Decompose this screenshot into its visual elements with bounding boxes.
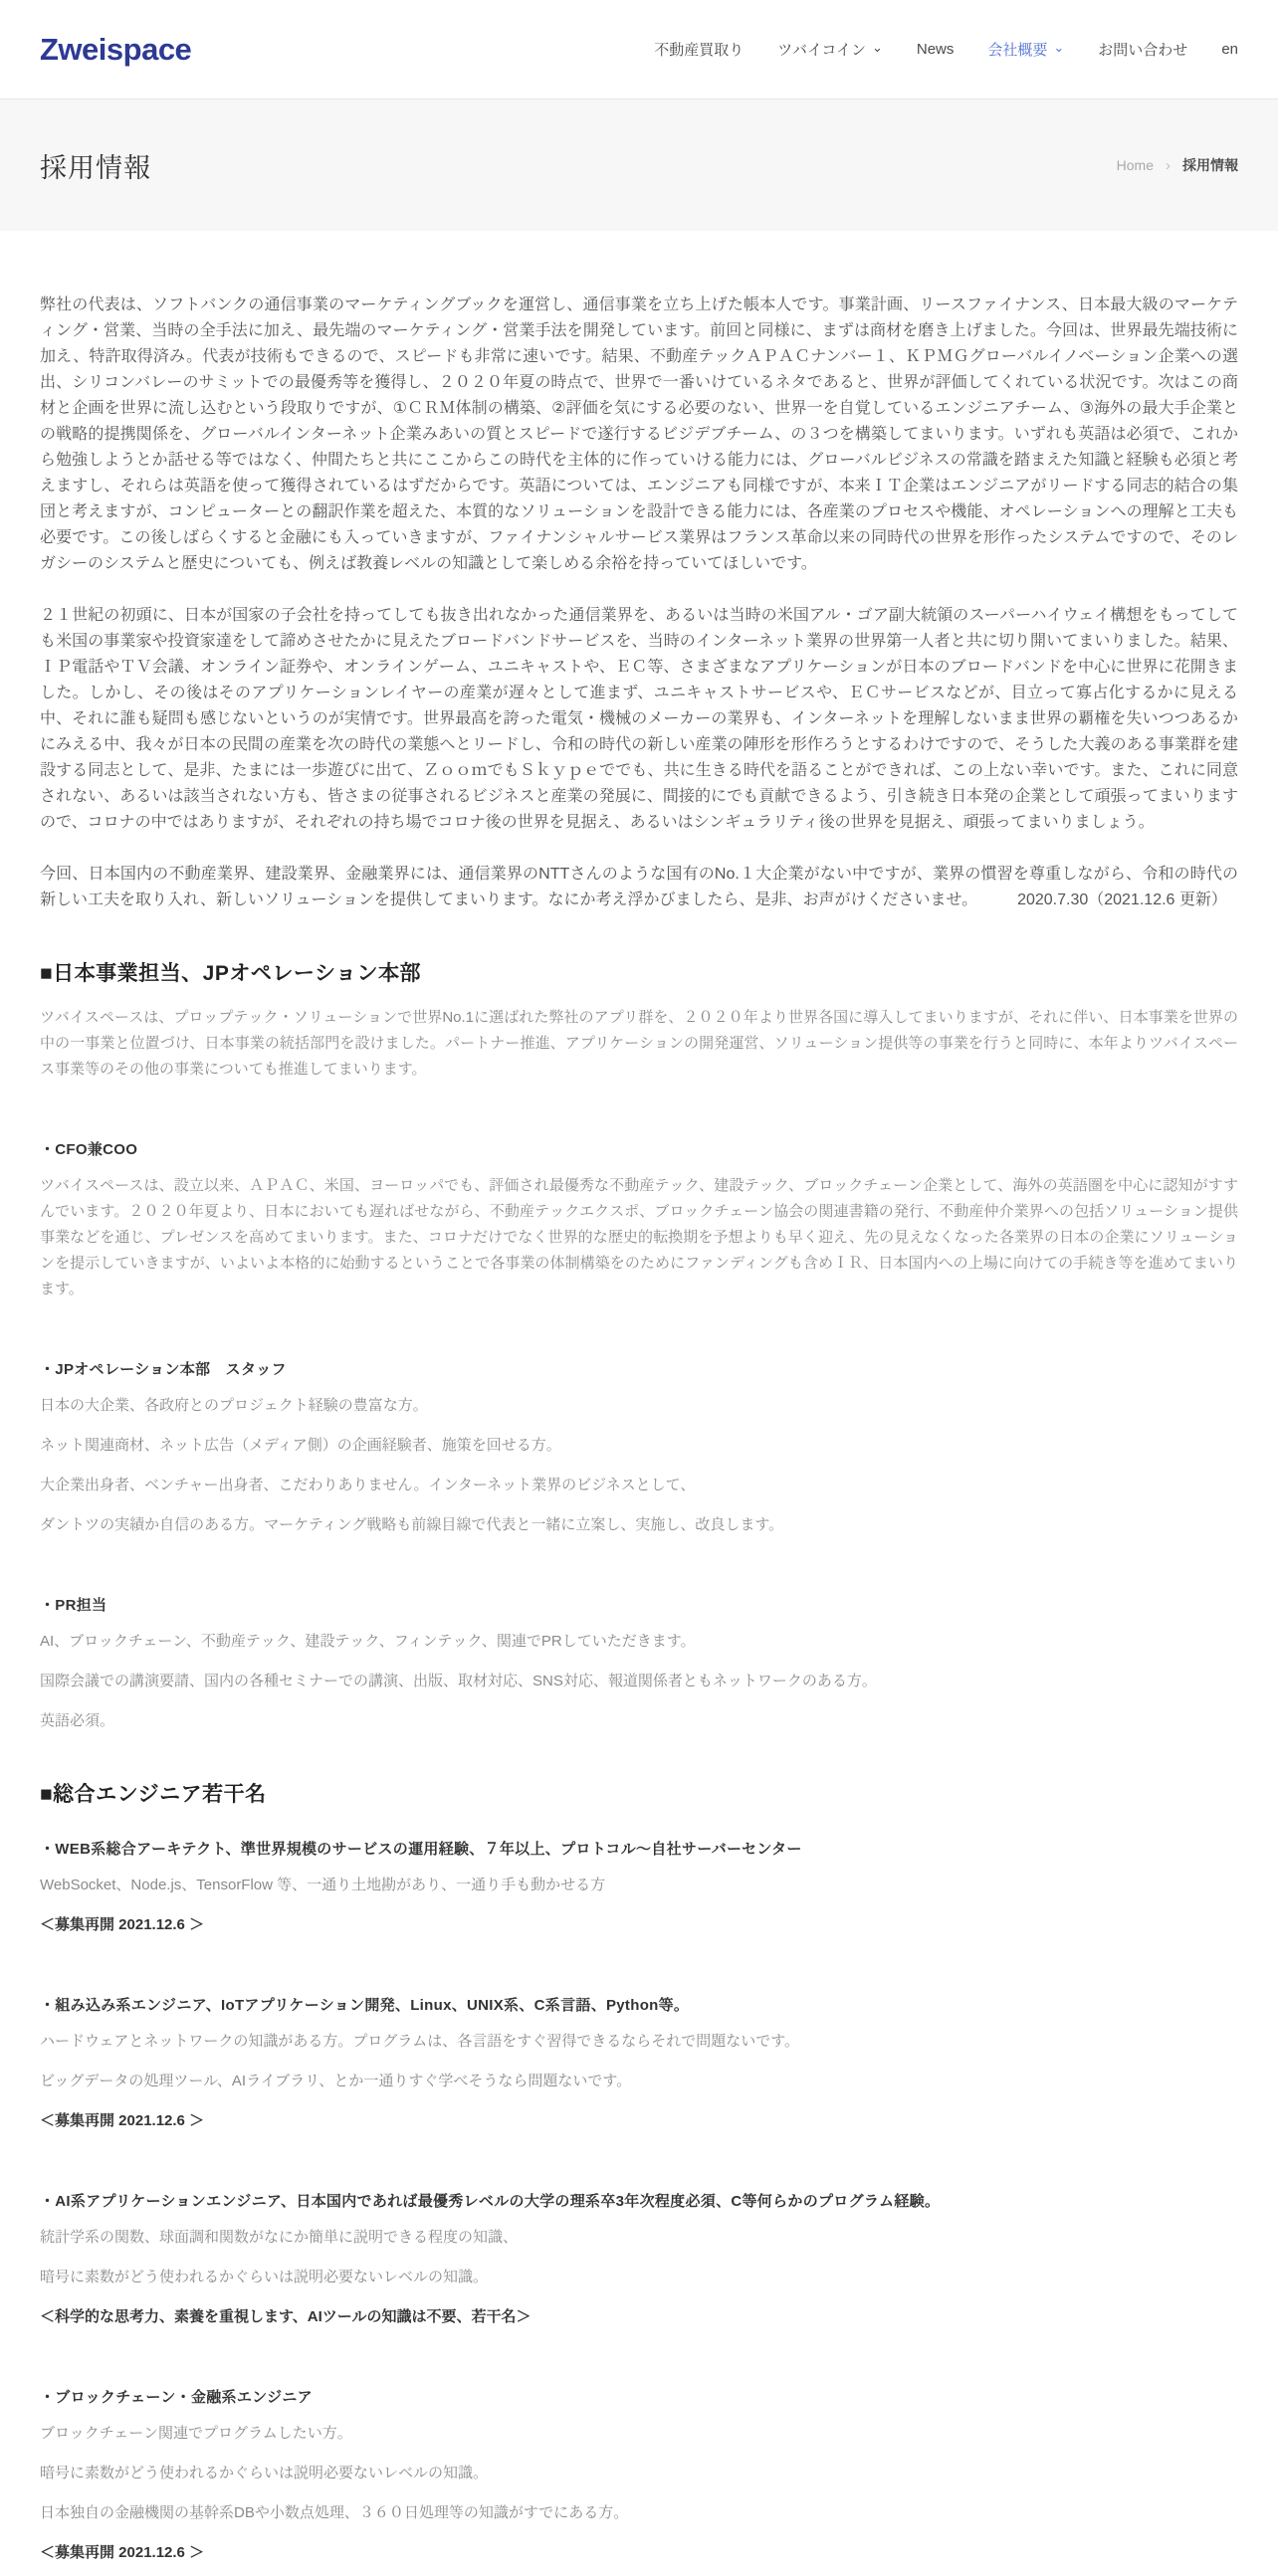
job-requirement-line: ビッグデータの処理ツール、AIライブラリ、とか一通りすぐ学べそうなら問題ないです… bbox=[40, 2069, 1238, 2094]
nav-item-real-estate-purchase[interactable]: 不動産買取り bbox=[654, 39, 744, 60]
breadcrumb-current: 採用情報 bbox=[1182, 155, 1238, 175]
main-content: 弊社の代表は、ソフトバンクの通信事業のマーケティングブックを運営し、通信事業を立… bbox=[40, 231, 1238, 2576]
recruiting-reopen-note: ＜募集再開 2021.12.6 ＞ bbox=[40, 1912, 1238, 1938]
nav-item-zweicoin[interactable]: ツバイコイン⌄ bbox=[777, 39, 883, 60]
job-requirement-line: WebSocket、Node.js、TensorFlow 等、一通り土地勘があり… bbox=[40, 1873, 1238, 1898]
job-title-web-architect: ・WEB系総合アーキテクト、準世界規模のサービスの運用経験、７年以上、プロトコル… bbox=[40, 1838, 1238, 1859]
site-header: Zweispace 不動産買取り ツバイコイン⌄ News 会社概要⌄ お問い合… bbox=[0, 0, 1278, 99]
breadcrumb-separator-icon: › bbox=[1166, 157, 1171, 174]
nav-item-company-overview[interactable]: 会社概要⌄ bbox=[987, 39, 1064, 60]
job-title-ai-engineer: ・AI系アプリケーションエンジニア、日本国内であれば最優秀レベルの大学の理系卒3… bbox=[40, 2190, 1238, 2211]
job-requirement-line: ダントツの実績か自信のある方。マーケティング戦略も前線目線で代表と一緒に立案し、… bbox=[40, 1512, 1238, 1538]
job-title-jp-operations-staff: ・JPオペレーション本部 スタッフ bbox=[40, 1358, 1238, 1379]
breadcrumb-home-link[interactable]: Home bbox=[1117, 157, 1154, 173]
job-requirement-line: AI、ブロックチェーン、不動産テック、建設テック、フィンテック、関連でPRしてい… bbox=[40, 1629, 1238, 1655]
page-title: 採用情報 bbox=[40, 146, 151, 185]
job-title-embedded-engineer: ・組み込み系エンジニア、IoTアプリケーション開発、Linux、UNIX系、C系… bbox=[40, 1994, 1238, 2015]
job-requirement-line: ブロックチェーン関連でプログラムしたい方。 bbox=[40, 2421, 1238, 2447]
intro-paragraph-2: ２１世紀の初頭に、日本が国家の子会社を持ってしても抜き出れなかった通信業界を、あ… bbox=[40, 603, 1238, 836]
breadcrumb: Home › 採用情報 bbox=[1117, 155, 1238, 175]
job-title-pr: ・PR担当 bbox=[40, 1594, 1238, 1615]
job-requirement-line: 大企業出身者、ベンチャー出身者、こだわりありません。インターネット業界のビジネス… bbox=[40, 1473, 1238, 1498]
section-engineers: ■総合エンジニア若干名 ・WEB系総合アーキテクト、準世界規模のサービスの運用経… bbox=[40, 1778, 1238, 2566]
job-title-cfo-coo: ・CFO兼COO bbox=[40, 1138, 1238, 1159]
nav-item-language-en[interactable]: en bbox=[1221, 41, 1238, 58]
job-requirement-line: ネット関連商材、ネット広告（メディア側）の企画経験者、施策を回せる方。 bbox=[40, 1433, 1238, 1459]
page-title-band: 採用情報 Home › 採用情報 bbox=[0, 99, 1278, 231]
job-requirement-line: 英語必須。 bbox=[40, 1708, 1238, 1734]
job-requirement-line: 統計学系の関数、球面調和関数がなにか簡単に説明できる程度の知識、 bbox=[40, 2225, 1238, 2251]
section-heading-engineers: ■総合エンジニア若干名 bbox=[40, 1778, 1238, 1808]
job-requirement-line: ハードウェアとネットワークの知識がある方。プログラムは、各言語をすぐ習得できるな… bbox=[40, 2029, 1238, 2055]
section-heading-jp-operations: ■日本事業担当、JPオペレーション本部 bbox=[40, 957, 1238, 987]
section-jp-body: ツバイスペースは、プロップテック・ソリューションで世界No.1に選ばれた弊社のア… bbox=[40, 1005, 1238, 1083]
job-emphasis-note: ＜科学的な思考力、素養を重視します、AIツールの知識は不要、若干名＞ bbox=[40, 2304, 1238, 2330]
nav-item-contact[interactable]: お問い合わせ bbox=[1098, 39, 1187, 60]
chevron-down-icon: ⌄ bbox=[1053, 41, 1064, 54]
intro-paragraph-3: 今回、日本国内の不動産業界、建設業界、金融業界には、通信業界のNTTさんのような… bbox=[40, 862, 1238, 913]
recruiting-reopen-note: ＜募集再開 2021.12.6 ＞ bbox=[40, 2108, 1238, 2134]
intro-paragraph-1: 弊社の代表は、ソフトバンクの通信事業のマーケティングブックを運営し、通信事業を立… bbox=[40, 293, 1238, 577]
section-jp-operations: ■日本事業担当、JPオペレーション本部 ツバイスペースは、プロップテック・ソリュ… bbox=[40, 957, 1238, 1734]
job-cfo-body: ツバイスペースは、設立以来、ＡＰＡＣ、米国、ヨーロッパでも、評価され最優秀な不動… bbox=[40, 1173, 1238, 1302]
job-requirement-line: 国際会議での講演要請、国内の各種セミナーでの講演、出版、取材対応、SNS対応、報… bbox=[40, 1669, 1238, 1694]
recruiting-reopen-note: ＜募集再開 2021.12.6 ＞ bbox=[40, 2540, 1238, 2566]
main-nav: 不動産買取り ツバイコイン⌄ News 会社概要⌄ お問い合わせ en bbox=[654, 39, 1238, 60]
job-requirement-line: 暗号に素数がどう使われるかぐらいは説明必要ないレベルの知識。 bbox=[40, 2461, 1238, 2486]
logo[interactable]: Zweispace bbox=[40, 32, 191, 68]
job-requirement-line: 日本独自の金融機関の基幹系DBや小数点処理、３６０日処理等の知識がすでにある方。 bbox=[40, 2500, 1238, 2526]
chevron-down-icon: ⌄ bbox=[872, 41, 883, 54]
job-title-blockchain-finance-engineer: ・ブロックチェーン・金融系エンジニア bbox=[40, 2386, 1238, 2407]
job-requirement-line: 暗号に素数がどう使われるかぐらいは説明必要ないレベルの知識。 bbox=[40, 2265, 1238, 2290]
job-requirement-line: 日本の大企業、各政府とのプロジェクト経験の豊富な方。 bbox=[40, 1393, 1238, 1419]
nav-item-news[interactable]: News bbox=[917, 41, 955, 58]
